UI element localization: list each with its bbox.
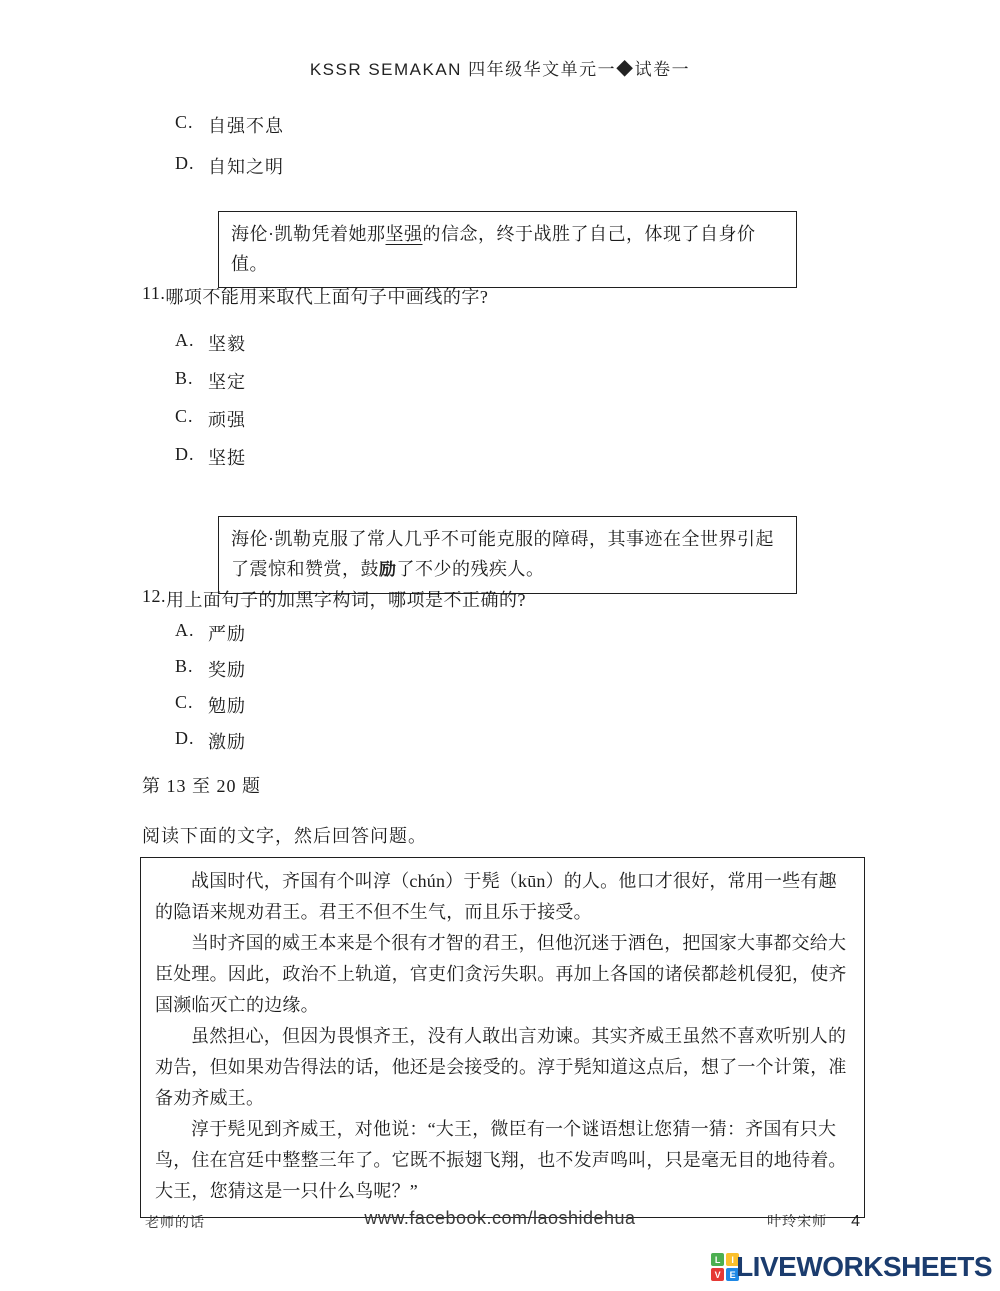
option-letter: C.: [175, 406, 208, 432]
option-row: C. 勉励: [175, 692, 246, 718]
question-12: 12. 用上面句子的加黑字构词，哪项是不正确的?: [142, 586, 526, 612]
worksheet-page: KSSR SEMAKAN 四年级华文单元一◆试卷一 C. 自强不息 D. 自知之…: [0, 0, 1000, 1291]
option-row: D. 自知之明: [175, 153, 284, 179]
bold-word: 励: [379, 560, 397, 579]
question-text: 哪项不能用来取代上面句子中画线的字?: [165, 283, 488, 309]
option-letter: B.: [175, 656, 208, 682]
previous-question-options: C. 自强不息 D. 自知之明: [175, 112, 284, 194]
passage-paragraph: 淳于髡见到齐威王，对他说：“大王，微臣有一个谜语想让您猜一猜：齐国有只大鸟，住在…: [155, 1114, 850, 1207]
stimulus-text: 海伦·凯勒凭着她那: [231, 224, 386, 244]
stimulus-box-q12: 海伦·凯勒克服了常人几乎不可能克服的障碍，其事迹在全世界引起了震惊和赞赏，鼓励了…: [218, 516, 797, 594]
question-12-options: A. 严励 B. 奖励 C. 勉励 D. 激励: [175, 620, 246, 764]
option-text: 奖励: [208, 656, 246, 682]
option-text: 顽强: [208, 406, 246, 432]
option-text: 自强不息: [208, 112, 284, 138]
option-row: C. 自强不息: [175, 112, 284, 138]
question-11: 11. 哪项不能用来取代上面句子中画线的字?: [142, 283, 488, 309]
option-letter: D.: [175, 728, 208, 754]
option-letter: A.: [175, 620, 208, 646]
option-letter: C.: [175, 692, 208, 718]
stimulus-text: 了不少的残疾人。: [397, 559, 545, 579]
option-row: B. 坚定: [175, 368, 246, 394]
passage-paragraph: 当时齐国的威王本来是个很有才智的君王，但他沉迷于酒色，把国家大事都交给大臣处理。…: [155, 928, 850, 1021]
question-number: 11.: [142, 283, 165, 309]
liveworksheets-logo[interactable]: L I V E LIVEWORKSHEETS: [711, 1251, 992, 1283]
page-footer: 老师的话 www.facebook.com/laoshidehua 叶玲宋师 4: [0, 1208, 1000, 1234]
question-11-options: A. 坚毅 B. 坚定 C. 顽强 D. 坚挺: [175, 330, 246, 482]
option-letter: C.: [175, 112, 208, 138]
option-text: 自知之明: [208, 153, 284, 179]
liveworksheets-grid-icon: L I V E: [711, 1253, 739, 1281]
option-row: A. 坚毅: [175, 330, 246, 356]
option-row: D. 激励: [175, 728, 246, 754]
reading-passage-box: 战国时代，齐国有个叫淳（chún）于髡（kūn）的人。他口才很好，常用一些有趣的…: [140, 857, 865, 1218]
option-letter: A.: [175, 330, 208, 356]
option-row: C. 顽强: [175, 406, 246, 432]
page-number: 4: [851, 1213, 860, 1231]
option-text: 坚挺: [208, 444, 246, 470]
passage-paragraph: 战国时代，齐国有个叫淳（chún）于髡（kūn）的人。他口才很好，常用一些有趣的…: [155, 866, 850, 928]
stimulus-box-q11: 海伦·凯勒凭着她那坚强的信念，终于战胜了自己，体现了自身价值。: [218, 211, 797, 288]
option-text: 坚毅: [208, 330, 246, 356]
option-row: A. 严励: [175, 620, 246, 646]
section-instruction: 阅读下面的文字，然后回答问题。: [142, 822, 427, 848]
logo-square-l: L: [711, 1253, 724, 1266]
footer-author-name: 叶玲宋师: [767, 1211, 827, 1231]
option-letter: D.: [175, 444, 208, 470]
question-number: 12.: [142, 586, 166, 612]
underlined-word: 坚强: [386, 224, 423, 244]
option-row: D. 坚挺: [175, 444, 246, 470]
page-header-title: KSSR SEMAKAN 四年级华文单元一◆试卷一: [0, 55, 1000, 80]
section-range-label: 第 13 至 20 题: [142, 772, 261, 798]
option-letter: B.: [175, 368, 208, 394]
option-letter: D.: [175, 153, 208, 179]
option-text: 勉励: [208, 692, 246, 718]
logo-square-v: V: [711, 1268, 724, 1281]
option-text: 严励: [208, 620, 246, 646]
option-row: B. 奖励: [175, 656, 246, 682]
question-text: 用上面句子的加黑字构词，哪项是不正确的?: [166, 586, 526, 612]
liveworksheets-wordmark: LIVEWORKSHEETS: [736, 1251, 992, 1283]
option-text: 坚定: [208, 368, 246, 394]
option-text: 激励: [208, 728, 246, 754]
passage-paragraph: 虽然担心，但因为畏惧齐王，没有人敢出言劝谏。其实齐威王虽然不喜欢听别人的劝告，但…: [155, 1021, 850, 1114]
footer-right-group: 叶玲宋师 4: [767, 1211, 860, 1231]
